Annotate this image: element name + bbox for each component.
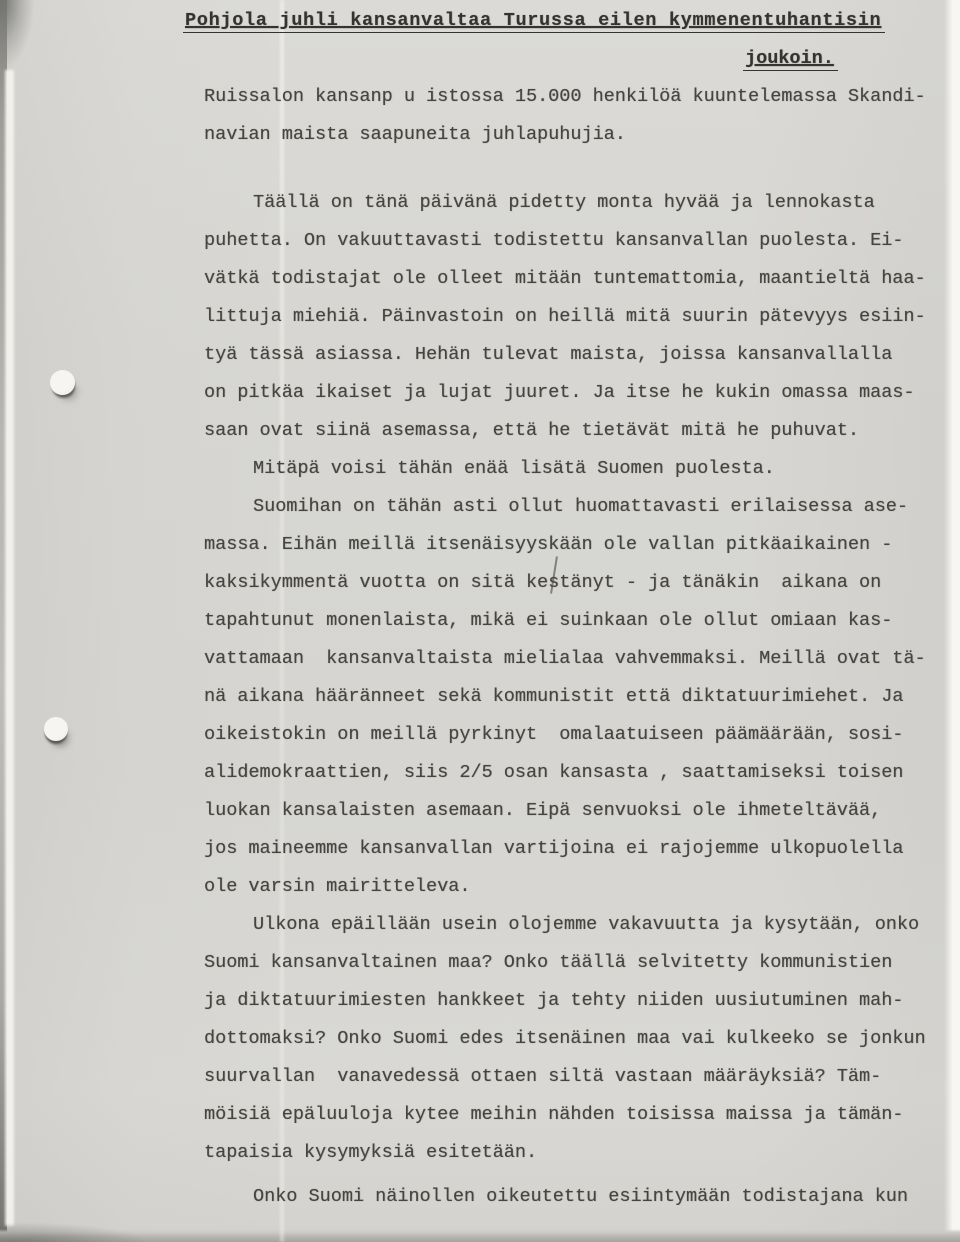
text-line: massa. Eihän meillä itsenäisyyskään ole …	[204, 526, 944, 564]
text-line: tapahtunut monenlaista, mikä ei suinkaan…	[204, 602, 944, 640]
line-text: Ulkona epäillään usein olojemme vakavuut…	[253, 914, 919, 935]
line-text: Suomi kansanvaltainen maa? Onko täällä s…	[204, 952, 892, 973]
text-line: möisiä epäluuloja kytee meihin nähden to…	[204, 1096, 944, 1134]
line-text: Mitäpä voisi tähän enää lisätä Suomen pu…	[253, 458, 775, 479]
line-text: on pitkäa ikaiset ja lujat juuret. Ja it…	[204, 382, 915, 403]
text-line: ja diktatuurimiesten hankkeet ja tehty n…	[204, 982, 944, 1020]
line-text: suurvallan vanavedessä ottaen siltä vast…	[204, 1066, 881, 1087]
text-line: ole varsin mairitteleva.	[204, 868, 944, 906]
punch-hole	[44, 717, 68, 741]
line-text: tapahtunut monenlaista, mikä ei suinkaan…	[204, 610, 892, 631]
scanned-page: Pohjola juhli kansanvaltaa Turussa eilen…	[0, 0, 960, 1242]
line-text: Ruissalon kansanp u istossa 15.000 henki…	[204, 86, 926, 107]
line-text: ja diktatuurimiesten hankkeet ja tehty n…	[204, 990, 903, 1011]
line-text: tyä tässä asiassa. Hehän tulevat maista,…	[204, 344, 892, 365]
text-line: jos maineemme kansanvallan vartijoina ei…	[204, 830, 944, 868]
text-line: littuja miehiä. Päinvastoin on heillä mi…	[204, 298, 944, 336]
text-line: suurvallan vanavedessä ottaen siltä vast…	[204, 1058, 944, 1096]
text-line: Onko Suomi näinollen oikeutettu esiintym…	[204, 1178, 944, 1216]
text-line: luokan kansalaisten asemaan. Eipä senvuo…	[204, 792, 944, 830]
text-line: nä aikana hääränneet sekä kommunistit et…	[204, 678, 944, 716]
line-text: luokan kansalaisten asemaan. Eipä senvuo…	[204, 800, 881, 821]
line-text: vattamaan kansanvaltaista mielialaa vahv…	[204, 648, 926, 669]
text-line: Suomihan on tähän asti ollut huomattavas…	[204, 488, 944, 526]
line-text: alidemokraattien, siis 2/5 osan kansasta…	[204, 762, 903, 783]
text-line: dottomaksi? Onko Suomi edes itsenäinen m…	[204, 1020, 944, 1058]
text-line: tapaisia kysymyksiä esitetään.	[204, 1134, 944, 1172]
text-line: alidemokraattien, siis 2/5 osan kansasta…	[204, 754, 944, 792]
line-text: jos maineemme kansanvallan vartijoina ei…	[204, 838, 903, 859]
text-line: Täällä on tänä päivänä pidetty monta hyv…	[204, 184, 944, 222]
page-bottom-corner-shadow	[0, 1222, 150, 1242]
text-line: oikeistokin on meillä pyrkinyt omalaatui…	[204, 716, 944, 754]
line-text: tapaisia kysymyksiä esitetään.	[204, 1142, 537, 1163]
scanner-edge-strip	[944, 0, 960, 1242]
text-line: puhetta. On vakuuttavasti todistettu kan…	[204, 222, 944, 260]
line-text: littuja miehiä. Päinvastoin on heillä mi…	[204, 306, 926, 327]
line-text: puhetta. On vakuuttavasti todistettu kan…	[204, 230, 903, 251]
text-line: navian maista saapuneita juhlapuhujia.	[204, 116, 944, 154]
text-line: kaksikymmentä vuotta on sitä kestänyt - …	[204, 564, 944, 602]
line-text: dottomaksi? Onko Suomi edes itsenäinen m…	[204, 1028, 926, 1049]
text-line: on pitkäa ikaiset ja lujat juuret. Ja it…	[204, 374, 944, 412]
line-text: möisiä epäluuloja kytee meihin nähden to…	[204, 1104, 903, 1125]
line-text: ole varsin mairitteleva.	[204, 876, 470, 897]
text-line: tyä tässä asiassa. Hehän tulevat maista,…	[204, 336, 944, 374]
line-text: kaksikymmentä vuotta on sitä kestänyt - …	[204, 572, 881, 593]
line-text: saan ovat siinä asemassa, että he tietäv…	[204, 420, 859, 441]
text-line: vätkä todistajat ole olleet mitään tunte…	[204, 260, 944, 298]
line-text: Suomihan on tähän asti ollut huomattavas…	[253, 496, 908, 517]
title-text: joukoin.	[743, 48, 838, 71]
page-left-edge-highlight	[5, 70, 14, 1226]
text-line: Mitäpä voisi tähän enää lisätä Suomen pu…	[204, 450, 944, 488]
document-title-line: Pohjola juhli kansanvaltaa Turussa eilen…	[185, 2, 944, 40]
title-text: Pohjola juhli kansanvaltaa Turussa eilen…	[183, 10, 885, 33]
text-line: Ruissalon kansanp u istossa 15.000 henki…	[204, 78, 944, 116]
document-title-line: joukoin.	[204, 40, 944, 78]
text-line: Suomi kansanvaltainen maa? Onko täällä s…	[204, 944, 944, 982]
document-body: Pohjola juhli kansanvaltaa Turussa eilen…	[204, 2, 944, 1216]
punch-hole	[50, 370, 75, 395]
line-text: navian maista saapuneita juhlapuhujia.	[204, 124, 626, 145]
text-line: Ulkona epäillään usein olojemme vakavuut…	[204, 906, 944, 944]
line-text: nä aikana hääränneet sekä kommunistit et…	[204, 686, 903, 707]
line-text: Onko Suomi näinollen oikeutettu esiintym…	[253, 1186, 908, 1207]
line-text: Täällä on tänä päivänä pidetty monta hyv…	[253, 192, 875, 213]
line-text: massa. Eihän meillä itsenäisyyskään ole …	[204, 534, 892, 555]
line-text: vätkä todistajat ole olleet mitään tunte…	[204, 268, 926, 289]
text-line: saan ovat siinä asemassa, että he tietäv…	[204, 412, 944, 450]
text-line: vattamaan kansanvaltaista mielialaa vahv…	[204, 640, 944, 678]
line-text: oikeistokin on meillä pyrkinyt omalaatui…	[204, 724, 903, 745]
